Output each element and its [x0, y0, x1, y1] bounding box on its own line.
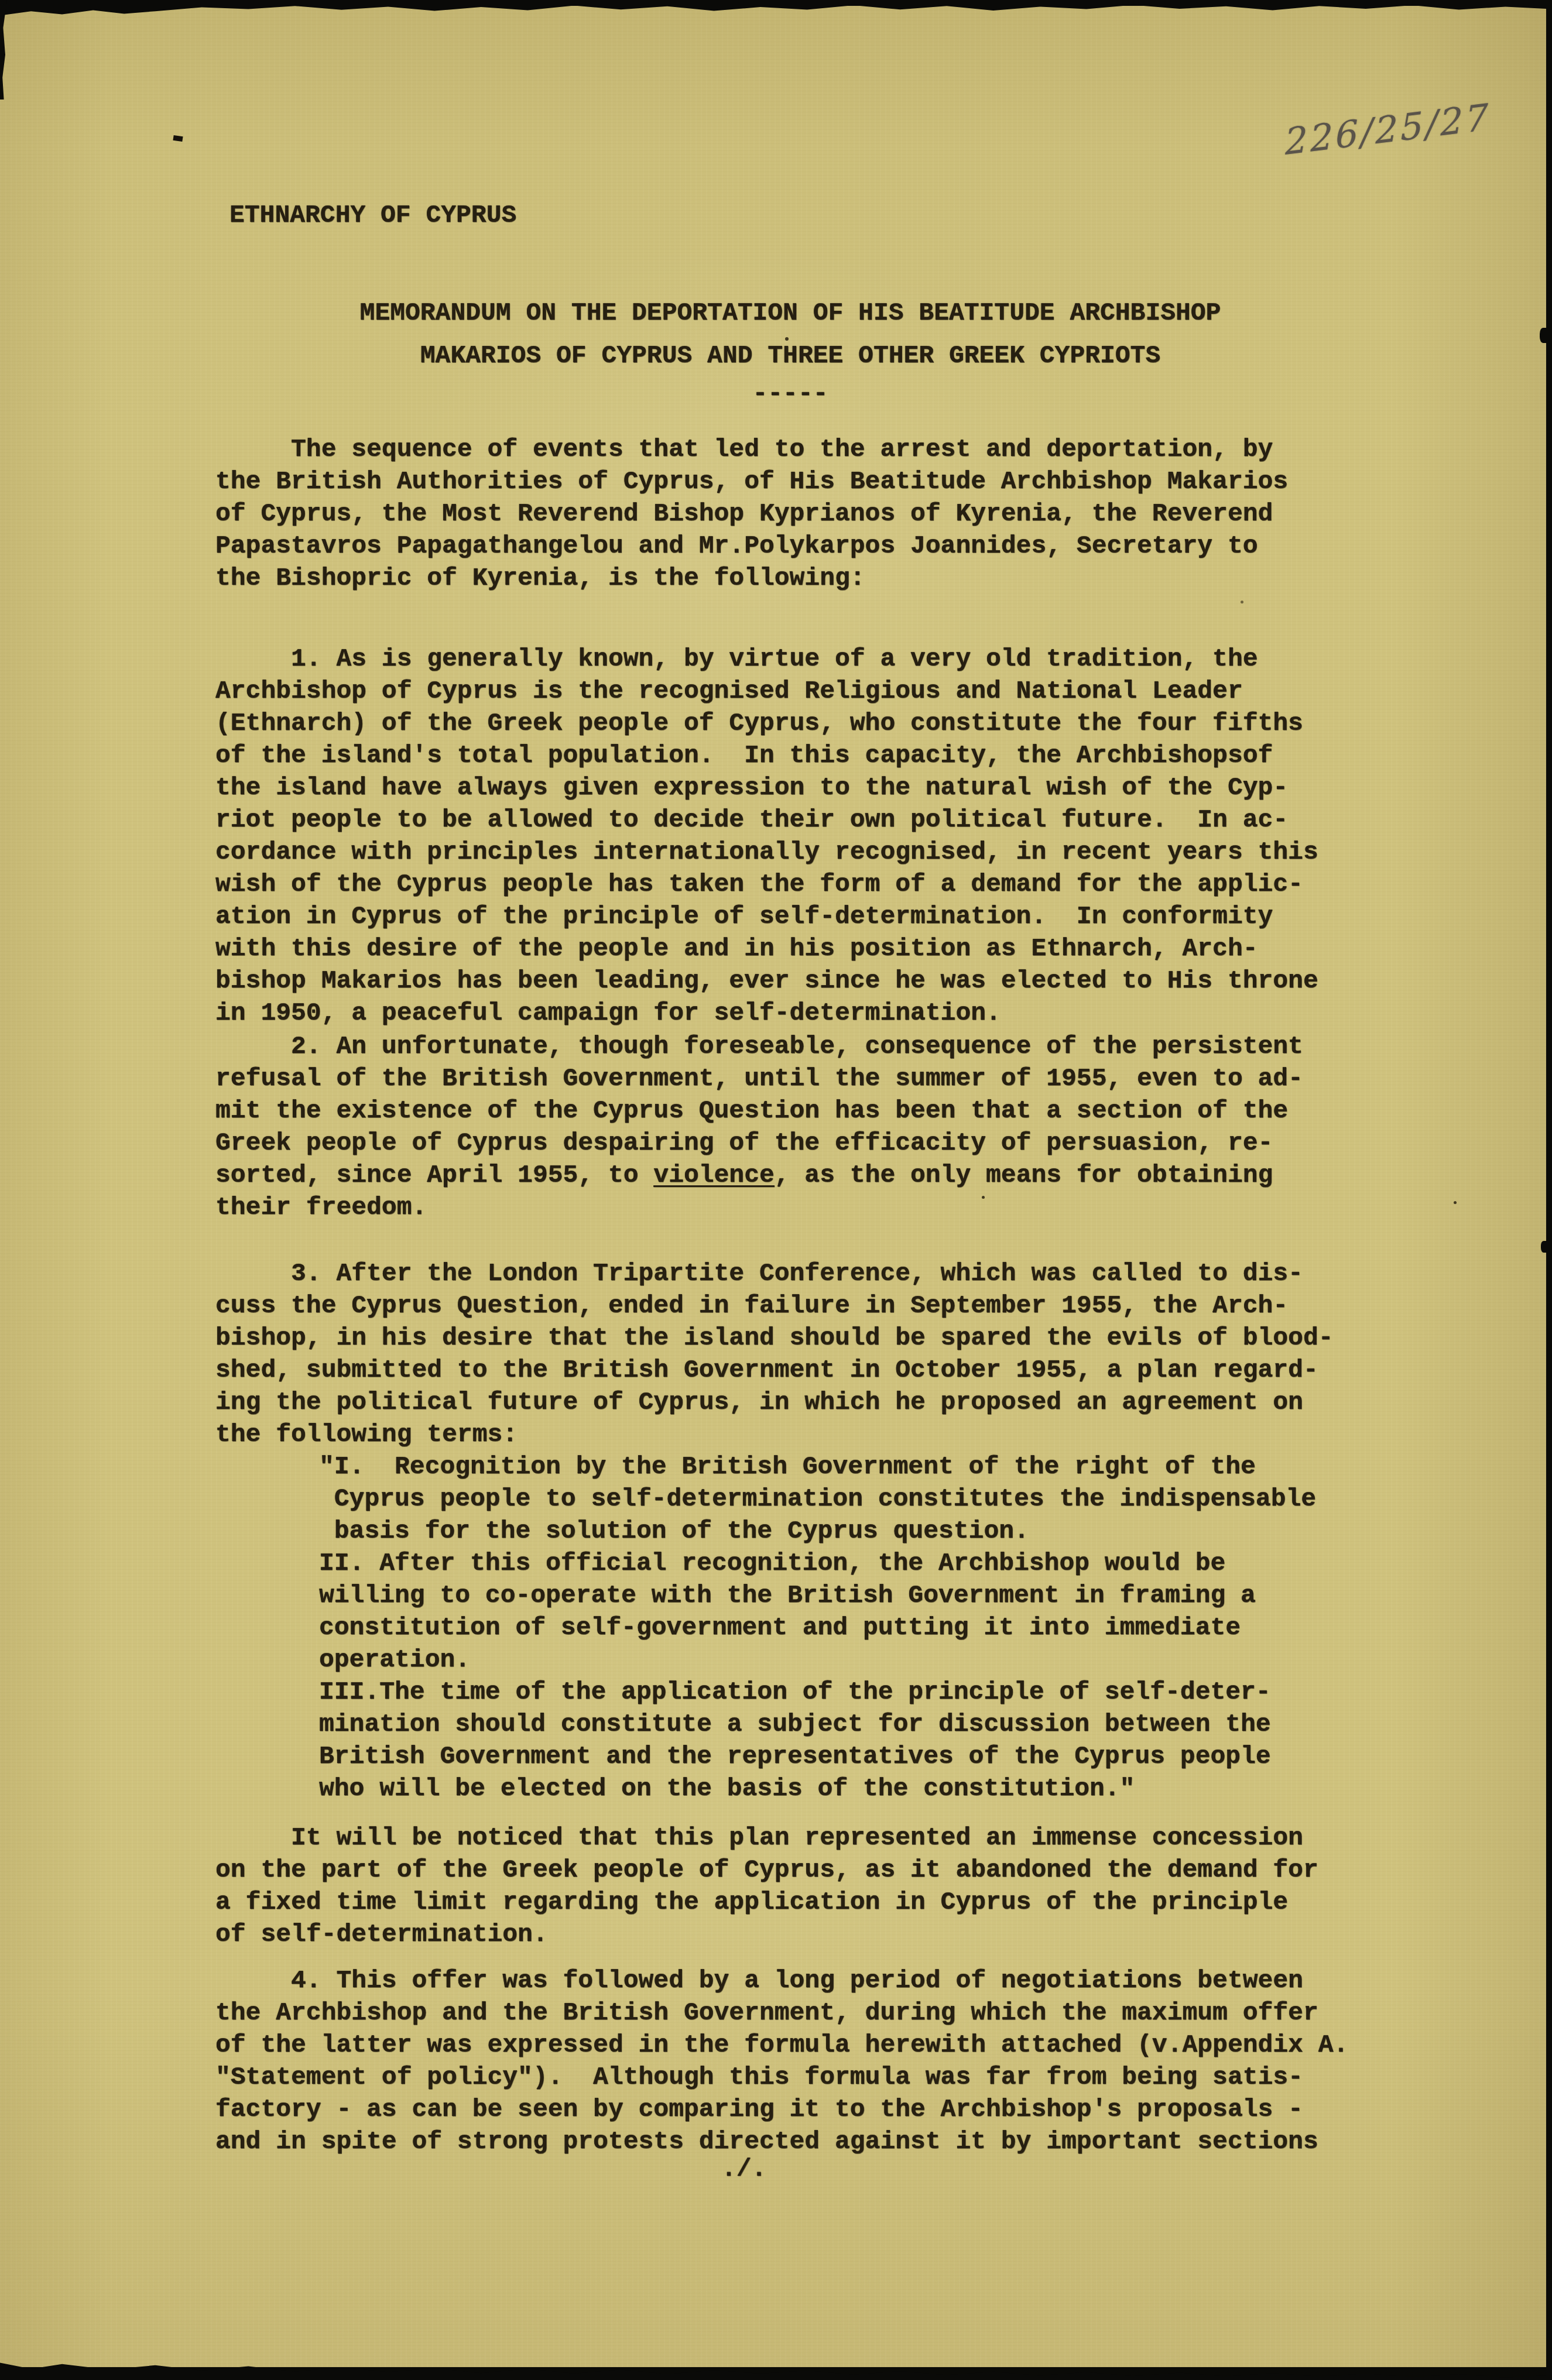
scan-edge-nick [1541, 1241, 1548, 1253]
title-divider: ----- [217, 373, 1364, 414]
paragraph-2: 2. An unfortunate, though foreseable, co… [215, 1030, 1303, 1223]
memo-title-line1: MEMORANDUM ON THE DEPORTATION OF HIS BEA… [217, 293, 1364, 334]
letterhead: ETHNARCHY OF CYPRUS [229, 199, 516, 231]
paragraph-1: 1. As is generally known, by virtue of a… [215, 643, 1318, 1029]
continuation-mark: ./. [721, 2153, 766, 2185]
scan-edge-right [1546, 0, 1552, 2380]
document-page: 226/25/27 ETHNARCHY OF CYPRUS MEMORANDUM… [0, 0, 1552, 2380]
scan-edge-nick [1540, 328, 1548, 343]
intro-paragraph: The sequence of events that led to the a… [215, 433, 1288, 594]
memo-title-line2: MAKARIOS OF CYPRUS AND THREE OTHER GREEK… [217, 335, 1364, 376]
proposal-quote-block: "I. Recognition by the British Governmen… [319, 1450, 1316, 1805]
ink-speck [1454, 1201, 1457, 1204]
paragraph-4: 4. This offer was followed by a long per… [215, 1964, 1348, 2158]
paragraph-3: 3. After the London Tripartite Conferenc… [215, 1257, 1334, 1450]
ink-speck [1241, 601, 1243, 603]
concession-paragraph: It will be noticed that this plan repres… [215, 1822, 1318, 1950]
